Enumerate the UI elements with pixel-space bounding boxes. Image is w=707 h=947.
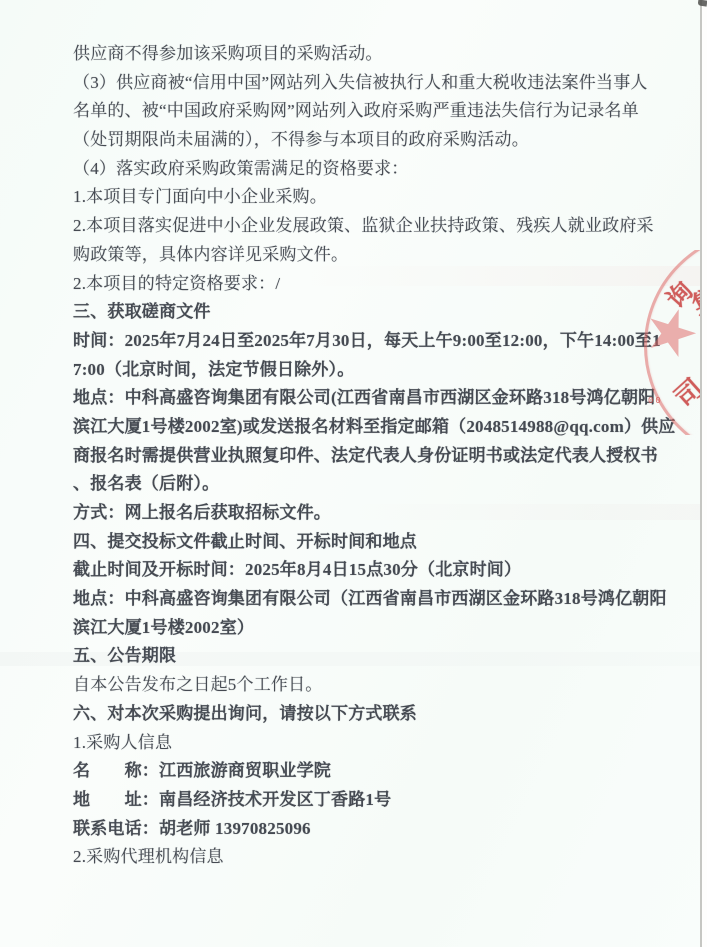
text-line-29: 2.采购代理机构信息 [73, 843, 683, 872]
text-line-27: 地 址：南昌经济技术开发区丁香路1号 [73, 786, 683, 815]
text-line-16: 、报名表（后附）。 [73, 470, 683, 499]
text-line-14: 滨江大厦1号楼2002室)或发送报名材料至指定邮箱（2048514988@qq.… [73, 413, 683, 442]
text-line-23: 自本公告发布之日起5个工作日。 [73, 671, 683, 700]
text-line-21: 滨江大厦1号楼2002室） [73, 614, 683, 643]
text-line-12: 7:00（北京时间，法定节假日除外）。 [73, 356, 683, 385]
text-line-10: 三、获取磋商文件 [73, 298, 683, 327]
text-line-5: （4）落实政府采购政策需满足的资格要求： [73, 155, 683, 184]
text-line-1: 供应商不得参加该采购项目的采购活动。 [73, 40, 683, 69]
text-line-28: 联系电话：胡老师 13970825096 [73, 815, 683, 844]
document-body: 供应商不得参加该采购项目的采购活动。（3）供应商被“信用中国”网站列入失信被执行… [73, 40, 683, 872]
text-line-4: （处罚期限尚未届满的），不得参与本项目的政府采购活动。 [73, 126, 683, 155]
scanner-background-strip [702, 0, 707, 947]
text-line-24: 六、对本次采购提出询问，请按以下方式联系 [73, 700, 683, 729]
text-line-9: 2.本项目的特定资格要求：/ [73, 270, 683, 299]
text-line-11: 时间：2025年7月24日至2025年7月30日，每天上午9:00至12:00，… [73, 327, 683, 356]
text-line-25: 1.采购人信息 [73, 729, 683, 758]
text-line-3: 名单的、被“中国政府采购网”网站列入政府采购严重违法失信行为记录名单 [73, 97, 683, 126]
text-line-18: 四、提交投标文件截止时间、开标时间和地点 [73, 528, 683, 557]
text-line-6: 1.本项目专门面向中小企业采购。 [73, 183, 683, 212]
text-line-8: 购政策等，具体内容详见采购文件。 [73, 241, 683, 270]
text-line-19: 截止时间及开标时间：2025年8月4日15点30分（北京时间） [73, 556, 683, 585]
text-line-2: （3）供应商被“信用中国”网站列入失信被执行人和重大税收违法案件当事人 [73, 69, 683, 98]
text-line-13: 地点：中科高盛咨询集团有限公司(江西省南昌市西湖区金环路318号鸿亿朝阳 [73, 384, 683, 413]
text-line-15: 商报名时需提供营业执照复印件、法定代表人身份证明书或法定代表人授权书 [73, 442, 683, 471]
text-line-22: 五、公告期限 [73, 642, 683, 671]
text-line-17: 方式：网上报名后获取招标文件。 [73, 499, 683, 528]
text-line-20: 地点：中科高盛咨询集团有限公司（江西省南昌市西湖区金环路318号鸿亿朝阳 [73, 585, 683, 614]
text-line-26: 名 称：江西旅游商贸职业学院 [73, 757, 683, 786]
corner-scan-speck [698, 0, 707, 7]
text-line-7: 2.本项目落实促进中小企业发展政策、监狱企业扶持政策、残疾人就业政府采 [73, 212, 683, 241]
